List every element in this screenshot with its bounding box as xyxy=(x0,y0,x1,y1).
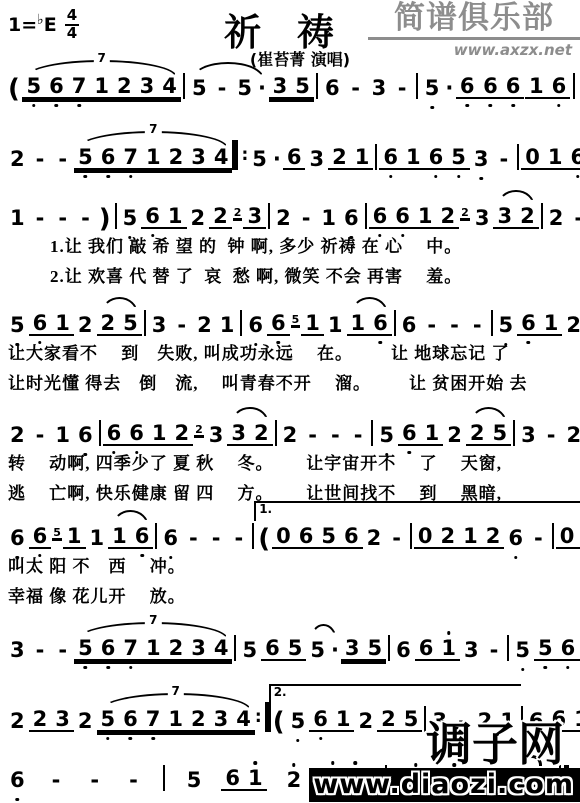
note: 2 xyxy=(443,425,466,446)
repeat-dots: : xyxy=(241,147,248,164)
note: 6 xyxy=(6,770,29,791)
note: 6 xyxy=(566,147,580,170)
duration-dash: - xyxy=(492,149,515,170)
duration-dash: - xyxy=(391,78,414,99)
note-group: - xyxy=(324,425,347,446)
note-group: 6 xyxy=(159,528,182,549)
note-group: - xyxy=(443,315,466,336)
note-group: 65 xyxy=(261,638,306,661)
note: 6 xyxy=(415,638,438,661)
note-group: 61 xyxy=(517,313,562,336)
tuplet-number: 7 xyxy=(145,122,161,136)
duration-dash: - xyxy=(466,315,489,336)
note-group: - xyxy=(483,640,506,661)
note-group: 2 xyxy=(6,425,29,446)
note: 3 xyxy=(341,638,364,661)
note: 6 xyxy=(391,206,414,229)
music-line: 2--75671234:5·632161653-01652326 xyxy=(6,114,577,170)
note-group: - xyxy=(122,770,145,791)
note: 6 xyxy=(548,76,571,99)
note: 6 xyxy=(97,638,120,661)
note: 5 xyxy=(489,423,512,446)
site-logo-bottom: 调子网 www.diaozi.com xyxy=(309,720,580,802)
note: 5 xyxy=(183,770,206,791)
note: 6 xyxy=(479,76,502,99)
note: 3 xyxy=(471,208,494,229)
duration-dash: - xyxy=(51,208,74,229)
system-3: 1---)56122232-16661223322---1.让 我们 敲 希 望… xyxy=(6,176,577,289)
note: 3 xyxy=(187,638,210,661)
note: 6 xyxy=(502,76,525,99)
note-group: 3 xyxy=(368,78,391,99)
note: 1 xyxy=(544,147,567,170)
note: 1 xyxy=(244,768,267,791)
system-6: 66511166---1.(06562-02126-06536125叫太 阳 不… xyxy=(6,496,577,609)
note-group: 75671234 xyxy=(22,76,180,99)
note: 3 xyxy=(148,315,171,336)
barline xyxy=(144,310,146,336)
note: 5 xyxy=(284,638,307,661)
duration-dash: - xyxy=(347,425,370,446)
barline xyxy=(275,420,277,446)
duration-dash: - xyxy=(170,315,193,336)
note: 6 xyxy=(340,526,363,549)
barline xyxy=(410,523,412,549)
note: 2 xyxy=(283,770,306,791)
note: 6 xyxy=(74,425,97,446)
barline xyxy=(316,73,318,99)
time-signature: 4 4 xyxy=(65,8,79,42)
note: 2 xyxy=(6,149,29,170)
note: 1 xyxy=(51,313,74,336)
note-group: 3 xyxy=(460,640,483,661)
note-group: 5-5· xyxy=(188,78,268,99)
ending-bracket: 2. xyxy=(269,684,521,704)
note-group: - xyxy=(182,528,205,549)
note: 1 xyxy=(108,526,131,549)
note-group: 2 xyxy=(363,528,386,549)
note: 5 xyxy=(97,709,120,732)
barline xyxy=(394,310,396,336)
note-group: 5 xyxy=(6,315,29,336)
note: 3 xyxy=(205,425,228,446)
note: 2 xyxy=(516,206,539,229)
note: 1 xyxy=(525,76,548,99)
note-group: 2 xyxy=(283,770,306,791)
note: 0 xyxy=(521,147,544,170)
note: 2 xyxy=(170,423,193,446)
flat-symbol: ♭ xyxy=(37,12,44,28)
note: 6 xyxy=(131,526,154,549)
note: 3 xyxy=(493,206,516,229)
note-group: - xyxy=(29,149,52,170)
note-group: 61 xyxy=(379,147,424,170)
note-group: 61 xyxy=(398,423,443,446)
note: 2 xyxy=(193,315,216,336)
note-group: 651 xyxy=(267,313,324,336)
note: 2 xyxy=(545,208,568,229)
barline xyxy=(541,203,543,229)
music-line: 1---)56122232-16661223322--- xyxy=(6,176,577,229)
note: 5 xyxy=(119,313,142,336)
note-group: 6 xyxy=(398,315,421,336)
note: 5 xyxy=(74,147,97,170)
note-group: 5· xyxy=(248,149,283,170)
ending-label: 2. xyxy=(274,686,287,698)
note: 2 xyxy=(272,208,295,229)
paren: ) xyxy=(97,206,113,232)
note: 2 xyxy=(187,208,210,229)
note-group: - xyxy=(29,425,52,446)
note: 6 xyxy=(244,315,267,336)
note: 6 xyxy=(456,76,479,99)
duration-dash: - xyxy=(324,425,347,446)
note: 3 xyxy=(6,640,29,661)
note-group: 3 xyxy=(517,425,540,446)
note-group: 2 xyxy=(562,315,580,336)
duration-dash: - xyxy=(443,315,466,336)
note-group: 12 xyxy=(459,526,504,549)
note-group: 75671234 xyxy=(74,147,232,170)
ending-bracket: 1. xyxy=(254,501,580,521)
note-group: 6 xyxy=(74,425,97,446)
note-group: - xyxy=(295,208,318,229)
note-group: 5 xyxy=(287,711,310,732)
barline xyxy=(507,635,509,661)
duration-dash: - xyxy=(83,770,106,791)
note: 6 xyxy=(392,640,415,661)
note-group: 23 xyxy=(459,208,493,229)
note-group xyxy=(571,73,577,99)
note-group: - xyxy=(344,78,367,99)
note-group: - xyxy=(51,149,74,170)
note: 3 xyxy=(368,78,391,99)
note: 6 xyxy=(29,526,52,549)
note: 6 xyxy=(103,423,126,446)
note: 3 xyxy=(187,147,210,170)
note: 1 xyxy=(301,313,324,336)
note-group: 2 xyxy=(563,425,580,446)
note-group: 651 xyxy=(29,526,86,549)
note: 5 xyxy=(421,78,444,99)
lyric-line: 1.让 我们 敲 希 望 的 钟 啊, 多少 祈祷 在 心 中。 xyxy=(6,235,577,259)
duration-dash: - xyxy=(483,640,506,661)
note: 5 xyxy=(238,640,261,661)
note: 4 xyxy=(210,147,233,170)
duration-dash: - xyxy=(45,770,68,791)
note-group: 6 xyxy=(340,208,363,229)
augmentation-dot: · xyxy=(329,640,341,661)
barline xyxy=(252,523,254,549)
barline xyxy=(99,420,101,446)
note-group: 6 xyxy=(283,147,306,170)
note-group: 5· xyxy=(306,640,341,661)
barline xyxy=(155,523,157,549)
barline xyxy=(517,144,519,170)
duration-dash: - xyxy=(74,208,97,229)
note-group: 2.( xyxy=(271,706,287,732)
note: 1 xyxy=(164,206,187,229)
note-group: 3 xyxy=(6,640,29,661)
note-group: 35 xyxy=(269,76,314,99)
note-group: 1.( xyxy=(256,523,272,549)
note: 1 xyxy=(6,208,29,229)
tuplet-number: 7 xyxy=(168,684,184,698)
note: 1 xyxy=(164,709,187,732)
duration-dash: - xyxy=(567,208,580,229)
note-group: 1 xyxy=(216,315,239,336)
duration-dash: - xyxy=(29,425,52,446)
note: 5 xyxy=(364,638,387,661)
note-group: 16 xyxy=(108,526,153,549)
note: 5 xyxy=(119,208,142,229)
note: 1 xyxy=(347,313,370,336)
note-group: 01 xyxy=(521,147,566,170)
paren: ( xyxy=(271,709,287,735)
barline xyxy=(491,310,493,336)
note-group: - xyxy=(205,528,228,549)
note: 6 xyxy=(504,528,527,549)
note-group: 06 xyxy=(556,526,580,549)
note: 2 xyxy=(279,425,302,446)
note-group: 61 xyxy=(415,638,460,661)
note-group: 66 xyxy=(479,76,524,99)
note-group: 12 xyxy=(414,206,459,229)
note: 5 xyxy=(317,526,340,549)
key-signature: 1=♭E 4 4 xyxy=(8,8,79,42)
note: 1 xyxy=(63,526,86,549)
note-group: 25 xyxy=(466,423,511,446)
note: 3 xyxy=(210,709,233,732)
note: 1 xyxy=(86,528,109,549)
system-5: 2-16661223322---5612253-21转 动啊, 四季少了 夏 秋… xyxy=(6,393,577,506)
note: 0 xyxy=(272,526,295,549)
site-logo-bottom-text: 调子网 xyxy=(309,720,580,768)
barline xyxy=(375,144,377,170)
grace-note: 5 xyxy=(291,314,301,326)
note-group: - xyxy=(466,315,489,336)
note: 4 xyxy=(232,709,255,732)
note-group: - xyxy=(51,208,74,229)
note-group: 1 xyxy=(317,208,340,229)
barline xyxy=(268,203,270,229)
note: 7 xyxy=(68,76,91,99)
note-group: 5 xyxy=(238,640,261,661)
note: 7 xyxy=(119,147,142,170)
note: 6 xyxy=(159,528,182,549)
note-group: 56 xyxy=(317,526,362,549)
note: 2 xyxy=(6,425,29,446)
paren: ( xyxy=(6,76,22,102)
note: 5 xyxy=(233,78,256,99)
duration-dash: - xyxy=(29,149,52,170)
duration-dash: - xyxy=(540,425,563,446)
note-group: 2 xyxy=(6,149,29,170)
site-logo-bottom-url: www.diaozi.com xyxy=(309,768,580,802)
note: 6 xyxy=(557,638,580,661)
note-group: 75671234 xyxy=(74,638,232,661)
note-group: 32 xyxy=(493,206,538,229)
note: 4 xyxy=(210,638,233,661)
duration-dash: - xyxy=(51,640,74,661)
note-group: - xyxy=(170,315,193,336)
note-group: 5 xyxy=(375,425,398,446)
note-group: : xyxy=(232,140,248,170)
note: 3 xyxy=(227,423,250,446)
duration-dash: - xyxy=(29,640,52,661)
barline xyxy=(163,765,165,791)
augmentation-dot: · xyxy=(256,78,268,99)
note: 2 xyxy=(29,709,52,732)
note-group: ( xyxy=(6,73,22,99)
tuplet-number: 7 xyxy=(145,613,161,627)
barline xyxy=(234,635,236,661)
duration-dash: - xyxy=(385,528,408,549)
note-group: 2 xyxy=(279,425,302,446)
note: 5 xyxy=(74,638,97,661)
note-group: - xyxy=(420,315,443,336)
note: 6 xyxy=(141,206,164,229)
note-group: 6 xyxy=(6,770,29,791)
note-group: 65 xyxy=(566,147,580,170)
lyric-line: 幸福 像 花儿开 放。 xyxy=(6,585,577,609)
note-group: 61 xyxy=(221,768,266,791)
note: 6 xyxy=(425,147,448,170)
note: 3 xyxy=(470,149,493,170)
repeat-dots: : xyxy=(255,709,262,726)
note: 2 xyxy=(482,526,505,549)
duration-dash: - xyxy=(227,528,250,549)
note: 4 xyxy=(158,76,181,99)
grace-note: 2 xyxy=(233,207,243,219)
thick-bar xyxy=(232,140,238,170)
grace-note: 2 xyxy=(460,207,470,219)
lyric-line: 转 动啊, 四季少了 夏 秋 冬。 让宇宙开不 了 天窗, xyxy=(6,452,577,476)
note-group: - xyxy=(567,208,580,229)
note: 1 xyxy=(216,315,239,336)
augmentation-dot: · xyxy=(271,149,283,170)
note-group: 1 xyxy=(324,315,347,336)
note-group: - xyxy=(492,149,515,170)
duration-dash: - xyxy=(527,528,550,549)
note: 1 xyxy=(51,425,74,446)
note-group: - xyxy=(347,425,370,446)
note-group: 6 xyxy=(504,528,527,549)
note: 5 xyxy=(447,147,470,170)
note: 2 xyxy=(6,711,29,732)
duration-dash: - xyxy=(420,315,443,336)
note: 2 xyxy=(165,638,188,661)
note: 2 xyxy=(74,711,97,732)
note-group: : xyxy=(255,702,271,732)
duration-dash: - xyxy=(295,208,318,229)
note: 5 xyxy=(291,76,314,99)
tuplet-number: 7 xyxy=(93,51,109,65)
duration-dash: - xyxy=(182,528,205,549)
note-group: 06 xyxy=(272,526,317,549)
barline xyxy=(388,635,390,661)
note: 3 xyxy=(305,149,328,170)
note: 6 xyxy=(221,768,244,791)
note-group: 56 xyxy=(534,638,579,661)
lyric-line: 叫太 阳 不 西 冲。 xyxy=(6,555,577,579)
music-line: 3--756712345655·356613-5567616 xyxy=(6,608,577,661)
note: 5 xyxy=(534,638,557,661)
note-group: 35 xyxy=(341,638,386,661)
note: 6 xyxy=(6,528,29,549)
key-prefix: 1= xyxy=(8,14,37,36)
note: 1 xyxy=(437,638,460,661)
note: 5 xyxy=(6,315,29,336)
note-group: - xyxy=(227,528,250,549)
note: 1 xyxy=(317,208,340,229)
note: 6 xyxy=(283,147,306,170)
note: 1 xyxy=(421,423,444,446)
note-group xyxy=(181,73,187,99)
note: 2 xyxy=(165,147,188,170)
note: 5 xyxy=(22,76,45,99)
note-group xyxy=(414,73,420,99)
note: 1 xyxy=(414,206,437,229)
note: 5 xyxy=(375,425,398,446)
note: 6 xyxy=(97,147,120,170)
note-group: - xyxy=(74,208,97,229)
barline xyxy=(183,73,185,99)
note: 1 xyxy=(324,315,347,336)
note: 3 xyxy=(460,640,483,661)
note: 3 xyxy=(269,76,292,99)
note-group: 25 xyxy=(97,313,142,336)
note-group: 5· xyxy=(421,78,456,99)
duration-dash: - xyxy=(301,425,324,446)
duration-dash: - xyxy=(205,528,228,549)
note-group: 5 xyxy=(511,640,534,661)
note-group: ) xyxy=(97,203,113,229)
note: 0 xyxy=(414,526,437,549)
note-group: 2 xyxy=(6,711,29,732)
note: 5 xyxy=(188,78,211,99)
note: 2 xyxy=(250,423,273,446)
note-group: 3 xyxy=(305,149,328,170)
note: 1 xyxy=(540,313,563,336)
note-group: 2 xyxy=(193,315,216,336)
note-group: 6 xyxy=(244,315,267,336)
note: 2 xyxy=(328,147,351,170)
note-group: 16 xyxy=(525,76,570,99)
note: 5 xyxy=(248,149,271,170)
note-group: 66 xyxy=(103,423,148,446)
note-group: 66 xyxy=(369,206,414,229)
note: 6 xyxy=(295,526,318,549)
note: 1 xyxy=(142,638,165,661)
barline xyxy=(365,203,367,229)
note: 6 xyxy=(261,638,284,661)
note: 2 xyxy=(563,425,580,446)
note: 6 xyxy=(45,76,68,99)
note: 5 xyxy=(306,640,329,661)
barline xyxy=(513,420,515,446)
duration-dash: - xyxy=(122,770,145,791)
note: 6 xyxy=(398,315,421,336)
note-group: 6 xyxy=(6,528,29,549)
note-group: 3 xyxy=(470,149,493,170)
music-line: 5612253-2166511166---5612223 xyxy=(6,283,577,336)
note-group: - xyxy=(45,770,68,791)
note: 2 xyxy=(562,315,580,336)
note: 6 xyxy=(125,423,148,446)
note-group: - xyxy=(527,528,550,549)
note: 2 xyxy=(466,423,489,446)
